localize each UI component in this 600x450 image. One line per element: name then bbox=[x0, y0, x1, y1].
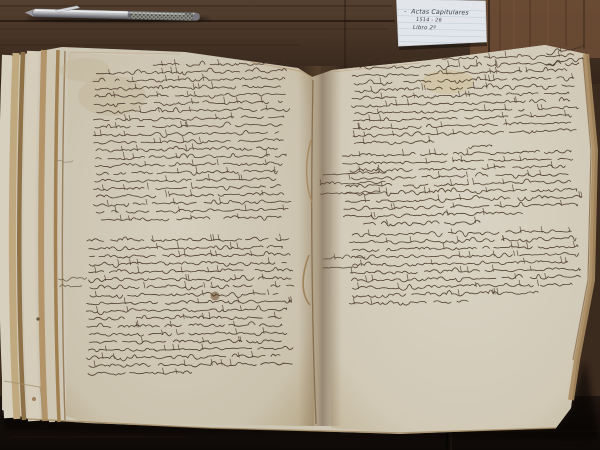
card-bullet: - bbox=[404, 8, 407, 15]
page-edge-band bbox=[4, 55, 9, 418]
card-paper bbox=[395, 0, 487, 48]
page-edge-band bbox=[29, 51, 34, 421]
card-line-2: 1514 - 26 bbox=[416, 17, 442, 24]
photo-stage: - Actas Capitulares 1514 - 26 Libro 2º bbox=[0, 0, 600, 450]
ink-blot bbox=[211, 292, 220, 301]
manuscript-photo: - Actas Capitulares 1514 - 26 Libro 2º bbox=[0, 0, 600, 450]
margin-dot bbox=[36, 317, 39, 320]
page-stack-edges bbox=[4, 50, 65, 422]
pen-end-cap bbox=[193, 13, 200, 21]
card-line-3: Libro 2º bbox=[413, 24, 436, 31]
card-line-1: Actas Capitulares bbox=[410, 7, 469, 16]
gutter-shading bbox=[298, 66, 342, 426]
book bbox=[2, 45, 600, 440]
note-card: - Actas Capitulares 1514 - 26 Libro 2º bbox=[393, 0, 489, 52]
